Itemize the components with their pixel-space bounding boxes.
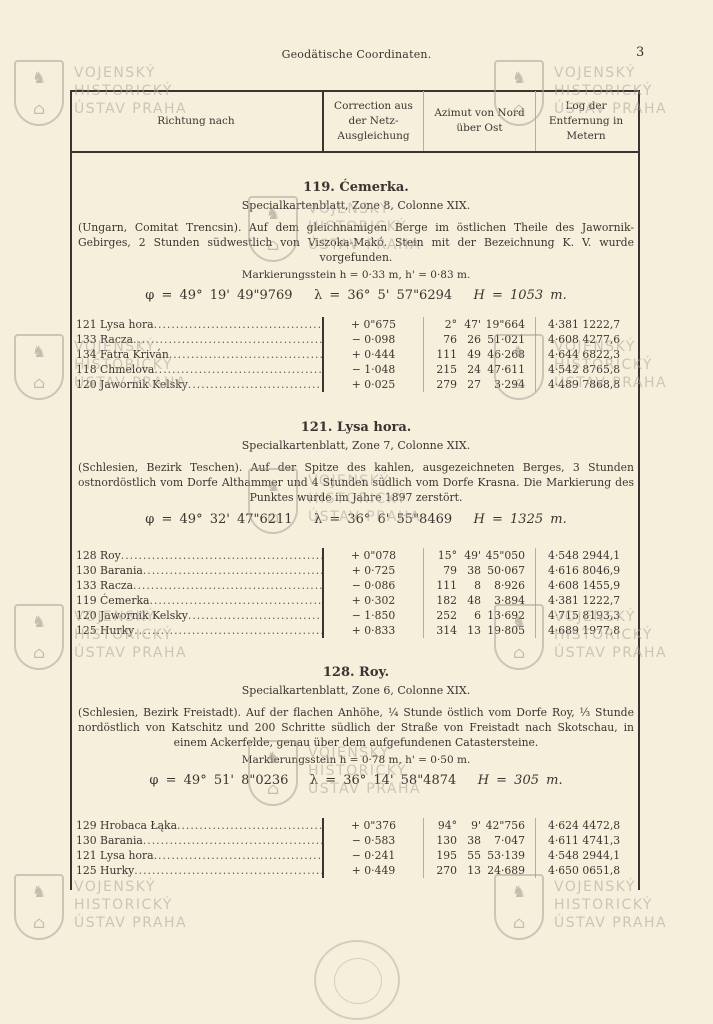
direction-table-119: 121 Lysa hora...........................…	[76, 317, 642, 392]
log-distance-value: 4·644 6822,3	[536, 347, 636, 362]
correction-value: − 1·048	[324, 362, 424, 377]
leader-dots: ........................................…	[143, 564, 324, 577]
table-row: 118 Chmelova............................…	[76, 362, 642, 377]
log-distance-value: 4·689 1977,8	[536, 623, 636, 638]
coat-of-arms-icon: ♞⌂	[14, 334, 64, 400]
log-distance-value: 4·542 8765,8	[536, 362, 636, 377]
table-row: 130 Barania.............................…	[76, 563, 642, 578]
coat-of-arms-icon: ♞⌂	[14, 874, 64, 940]
target-name: 130 Barania	[76, 834, 143, 847]
table-row: 129 Hrobaca Łąka........................…	[76, 818, 642, 833]
correction-value: + 0·449	[324, 863, 424, 878]
azimuth-value: 3141319·805	[424, 623, 536, 638]
correction-value: + 0"675	[324, 317, 424, 332]
height: H = 1053 m.	[474, 288, 567, 303]
station-description: (Ungarn, Comitat Trencsin). Auf dem glei…	[76, 220, 636, 265]
target-name: 133 Racza	[76, 333, 133, 346]
document-page: Geodätische Coordinaten. 3 Richtung nach…	[0, 0, 713, 1024]
table-row: 125 Hurky...............................…	[76, 623, 642, 638]
leader-dots: ........................................…	[154, 849, 324, 862]
column-header-log-distance: Log der Entfernung in Metern	[536, 91, 636, 151]
azimuth-value: 793850·067	[424, 563, 536, 578]
azimuth-value: 1955553·139	[424, 848, 536, 863]
leader-dots: ........................................…	[149, 594, 324, 607]
target-name: 133 Racza	[76, 579, 133, 592]
table-row: 130 Barania.............................…	[76, 833, 642, 848]
correction-value: + 0·302	[324, 593, 424, 608]
log-distance-value: 4·715 8193,3	[536, 608, 636, 623]
leader-dots: ........................................…	[188, 609, 324, 622]
leader-dots: ........................................…	[121, 549, 324, 562]
table-row: 134 Fatra Kriván........................…	[76, 347, 642, 362]
log-distance-value: 4·381 1222,7	[536, 317, 636, 332]
azimuth-value: 11188·926	[424, 578, 536, 593]
correction-value: − 0·098	[324, 332, 424, 347]
azimuth-value: 2152447·611	[424, 362, 536, 377]
azimuth-value: 2701324·689	[424, 863, 536, 878]
table-row: 133 Racza...............................…	[76, 578, 642, 593]
leader-dots: ........................................…	[154, 363, 324, 376]
log-distance-value: 4·624 4472,8	[536, 818, 636, 833]
table-row: 125 Hurky...............................…	[76, 863, 642, 878]
map-sheet: Specialkartenblatt, Zone 7, Colonne XIX.	[76, 439, 636, 452]
coordinates: φ = 49° 19' 49"9769 λ = 36° 5' 57"6294 H…	[76, 288, 636, 303]
azimuth-value: 94°9'42"756	[424, 818, 536, 833]
direction-table-128: 129 Hrobaca Łąka........................…	[76, 818, 642, 878]
table-row: 121 Lysa hora...........................…	[76, 317, 642, 332]
azimuth-value: 2°47'19"664	[424, 317, 536, 332]
log-distance-value: 4·611 4741,3	[536, 833, 636, 848]
column-header-direction: Richtung nach	[70, 91, 324, 151]
correction-value: + 0"078	[324, 548, 424, 563]
log-distance-value: 4·608 1455,9	[536, 578, 636, 593]
height: H = 1325 m.	[474, 512, 567, 527]
log-distance-value: 4·381 1222,7	[536, 593, 636, 608]
target-name: 125 Hurky	[76, 864, 134, 877]
leader-dots: ........................................…	[143, 834, 324, 847]
coordinates: φ = 49° 51' 8"0236 λ = 36° 14' 58"4874 H…	[76, 773, 636, 788]
leader-dots: ........................................…	[188, 378, 324, 391]
log-distance-value: 4·548 2944,1	[536, 848, 636, 863]
table-header: Richtung nach Correction aus der Netz-Au…	[70, 91, 640, 153]
azimuth-value: 279273·294	[424, 377, 536, 392]
coat-of-arms-icon: ♞⌂	[14, 60, 64, 126]
column-header-correction: Correction aus der Netz-Ausgleichung	[324, 91, 424, 151]
station-section-128: 128. Roy. Specialkartenblatt, Zone 6, Co…	[76, 665, 636, 788]
station-section-121: 121. Lysa hora. Specialkartenblatt, Zone…	[76, 420, 636, 527]
longitude: λ = 36° 14' 58"4874	[310, 773, 456, 788]
correction-value: + 0·833	[324, 623, 424, 638]
log-distance-value: 4·608 4277,6	[536, 332, 636, 347]
map-sheet: Specialkartenblatt, Zone 8, Colonne XIX.	[76, 199, 636, 212]
station-description: (Schlesien, Bezirk Freistadt). Auf der f…	[76, 705, 636, 750]
correction-value: + 0·025	[324, 377, 424, 392]
target-name: 129 Hrobaca Łąka	[76, 819, 177, 832]
target-name: 120 Jawornik Kelsky	[76, 609, 188, 622]
latitude: φ = 49° 32' 47"6211	[145, 512, 292, 527]
leader-dots: ........................................…	[133, 333, 324, 346]
log-distance-value: 4·650 0651,8	[536, 863, 636, 878]
table-row: 120 Jawornik Kelsky.....................…	[76, 608, 642, 623]
log-distance-value: 4·489 7868,8	[536, 377, 636, 392]
azimuth-value: 15°49'45"050	[424, 548, 536, 563]
target-name: 128 Roy	[76, 549, 121, 562]
station-title: 119. Ćemerka.	[76, 180, 636, 195]
target-name: 121 Lysa hora	[76, 849, 154, 862]
coat-of-arms-icon: ♞⌂	[14, 604, 64, 670]
coordinates: φ = 49° 32' 47"6211 λ = 36° 6' 55"8469 H…	[76, 512, 636, 527]
correction-value: − 0·583	[324, 833, 424, 848]
leader-dots: ........................................…	[177, 819, 324, 832]
target-name: 118 Chmelova	[76, 363, 154, 376]
target-name: 134 Fatra Kriván	[76, 348, 169, 361]
correction-value: − 1·850	[324, 608, 424, 623]
azimuth-value: 130387·047	[424, 833, 536, 848]
running-title: Geodätische Coordinaten.	[0, 48, 713, 61]
table-row: 119 Ćemerka.............................…	[76, 593, 642, 608]
latitude: φ = 49° 19' 49"9769	[145, 288, 292, 303]
map-sheet: Specialkartenblatt, Zone 6, Colonne XIX.	[76, 684, 636, 697]
station-title: 121. Lysa hora.	[76, 420, 636, 435]
longitude: λ = 36° 5' 57"6294	[314, 288, 452, 303]
leader-dots: ........................................…	[134, 624, 324, 637]
target-name: 120 Jawornik Kelsky	[76, 378, 188, 391]
leader-dots: ........................................…	[134, 864, 324, 877]
page-number: 3	[636, 45, 644, 60]
station-description: (Schlesien, Bezirk Teschen). Auf der Spi…	[76, 460, 636, 505]
marker-stone: Markierungsstein h = 0·33 m, h' = 0·83 m…	[76, 269, 636, 281]
station-section-119: 119. Ćemerka. Specialkartenblatt, Zone 8…	[76, 180, 636, 303]
log-distance-value: 4·548 2944,1	[536, 548, 636, 563]
correction-value: + 0·725	[324, 563, 424, 578]
latitude: φ = 49° 51' 8"0236	[149, 773, 288, 788]
leader-dots: ........................................…	[133, 579, 324, 592]
azimuth-value: 1114946·268	[424, 347, 536, 362]
station-title: 128. Roy.	[76, 665, 636, 680]
leader-dots: ........................................…	[154, 318, 324, 331]
target-name: 125 Hurky	[76, 624, 134, 637]
height: H = 305 m.	[478, 773, 563, 788]
correction-value: − 0·086	[324, 578, 424, 593]
table-row: 128 Roy.................................…	[76, 548, 642, 563]
marker-stone: Markierungsstein h = 0·78 m, h' = 0·50 m…	[76, 754, 636, 766]
correction-value: + 0"376	[324, 818, 424, 833]
target-name: 119 Ćemerka	[76, 594, 149, 607]
table-row: 121 Lysa hora...........................…	[76, 848, 642, 863]
leader-dots: ........................................…	[169, 348, 324, 361]
table-row: 133 Racza...............................…	[76, 332, 642, 347]
longitude: λ = 36° 6' 55"8469	[314, 512, 452, 527]
azimuth-value: 182483·894	[424, 593, 536, 608]
target-name: 121 Lysa hora	[76, 318, 154, 331]
target-name: 130 Barania	[76, 564, 143, 577]
azimuth-value: 252613·692	[424, 608, 536, 623]
log-distance-value: 4·616 8046,9	[536, 563, 636, 578]
correction-value: + 0·444	[324, 347, 424, 362]
direction-table-121: 128 Roy.................................…	[76, 548, 642, 638]
correction-value: − 0·241	[324, 848, 424, 863]
azimuth-value: 762651·021	[424, 332, 536, 347]
column-header-azimuth: Azimut von Nord über Ost	[424, 91, 536, 151]
table-row: 120 Jawornik Kelsky.....................…	[76, 377, 642, 392]
library-stamp-icon	[314, 940, 400, 1020]
